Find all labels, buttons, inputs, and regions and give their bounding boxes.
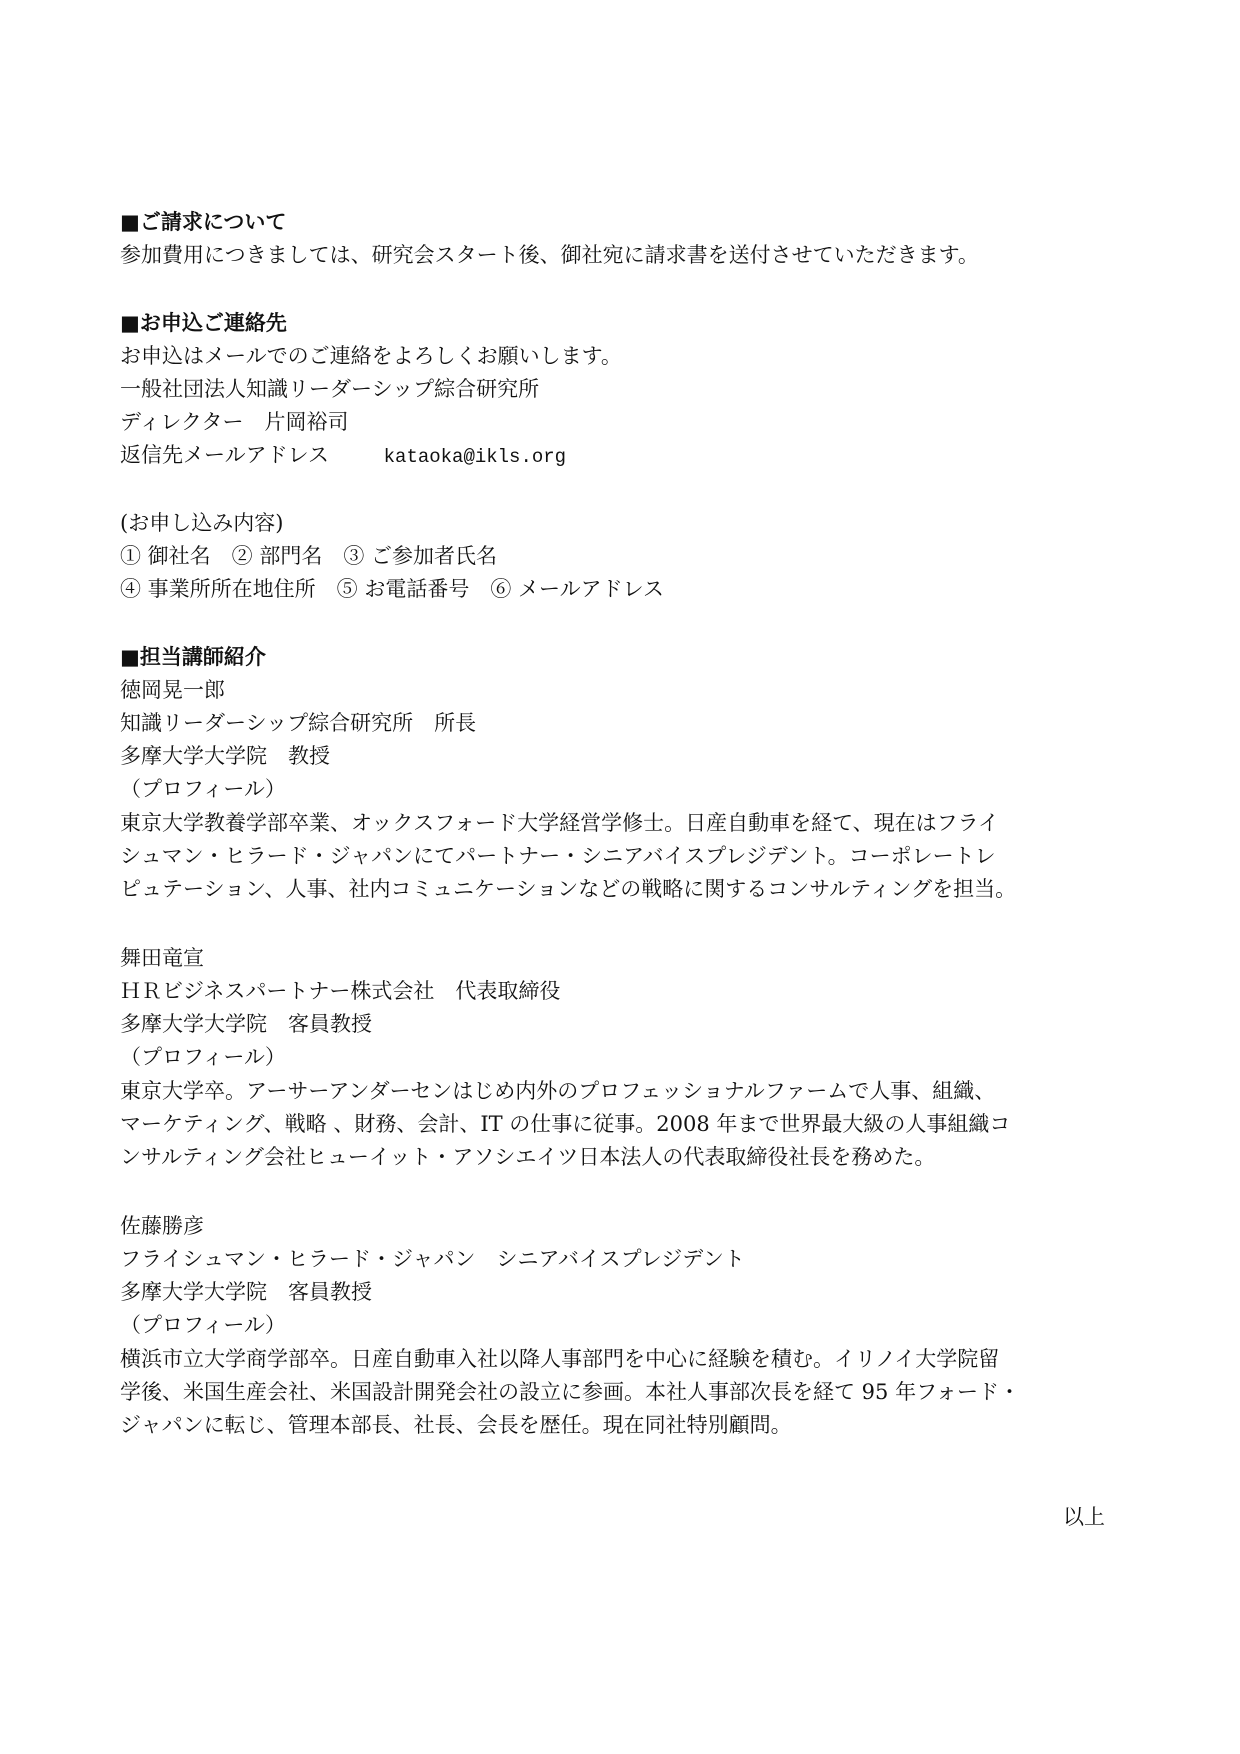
instructors-heading: ■担当講師紹介 [120, 642, 266, 672]
closing-text: 以上 [1063, 1502, 1105, 1532]
instructor-title: 多摩大学大学院 客員教授 [120, 1009, 372, 1039]
profile-line: マーケティング、戦略 、財務、会計、IT の仕事に従事。2008 年まで世界最大… [120, 1108, 1120, 1141]
instructor-title: フライシュマン・ヒラード・ジャパン シニアバイスプレジデント [120, 1244, 745, 1274]
profile-label: （プロフィール） [120, 1042, 286, 1072]
profile-line: ジャパンに転じ、管理本部長、社長、会長を歴任。現在同社特別顧問。 [120, 1409, 1120, 1442]
organization-name: 一般社団法人知識リーダーシップ綜合研究所 [120, 374, 539, 404]
profile-line: 横浜市立大学商学部卒。日産自動車入社以降人事部門を中心に経験を積む。イリノイ大学… [120, 1343, 1120, 1376]
instructor-title: 知識リーダーシップ綜合研究所 所長 [120, 708, 476, 738]
profile-label: （プロフィール） [120, 774, 286, 804]
instructor-name: 舞田竜宣 [120, 943, 204, 973]
instructor-profile: 東京大学教養学部卒業、オックスフォード大学経営学修士。日産自動車を経て、現在はフ… [120, 807, 1120, 906]
instructor-title: 多摩大学大学院 客員教授 [120, 1277, 372, 1307]
application-items-row-2: ④ 事業所所在地住所 ⑤ お電話番号 ⑥ メールアドレス [120, 574, 664, 604]
contact-line: お申込はメールでのご連絡をよろしくお願いします。 [120, 341, 622, 371]
email-row: 返信先メールアドレス kataoka@ikls.org [120, 440, 566, 472]
instructor-profile: 東京大学卒。アーサーアンダーセンはじめ内外のプロフェッショナルファームで人事、組… [120, 1075, 1120, 1174]
instructor-name: 徳岡晃一郎 [120, 675, 225, 705]
profile-line: 東京大学卒。アーサーアンダーセンはじめ内外のプロフェッショナルファームで人事、組… [120, 1075, 1120, 1108]
instructor-title: ＨＲビジネスパートナー株式会社 代表取締役 [120, 976, 560, 1006]
email-link[interactable]: kataoka@ikls.org [384, 446, 566, 468]
instructor-name: 佐藤勝彦 [120, 1211, 204, 1241]
profile-line: ンサルティング会社ヒューイット・アソシエイツ日本法人の代表取締役社長を務めた。 [120, 1141, 1120, 1174]
profile-line: 東京大学教養学部卒業、オックスフォード大学経営学修士。日産自動車を経て、現在はフ… [120, 807, 1120, 840]
billing-text: 参加費用につきましては、研究会スタート後、御社宛に請求書を送付させていただきます… [120, 240, 979, 270]
instructor-profile: 横浜市立大学商学部卒。日産自動車入社以降人事部門を中心に経験を積む。イリノイ大学… [120, 1343, 1120, 1442]
instructor-title: 多摩大学大学院 教授 [120, 741, 330, 771]
profile-line: ピュテーション、人事、社内コミュニケーションなどの戦略に関するコンサルティングを… [120, 873, 1120, 906]
application-items-row-1: ① 御社名 ② 部門名 ③ ご参加者氏名 [120, 541, 497, 571]
email-label: 返信先メールアドレス [120, 443, 329, 467]
contact-heading: ■お申込ご連絡先 [120, 308, 287, 338]
profile-label: （プロフィール） [120, 1310, 286, 1340]
profile-line: シュマン・ヒラード・ジャパンにてパートナー・シニアバイスプレジデント。コーポレー… [120, 840, 1120, 873]
billing-heading: ■ご請求について [120, 207, 286, 237]
profile-line: 学後、米国生産会社、米国設計開発会社の設立に参画。本社人事部次長を経て 95 年… [120, 1376, 1120, 1409]
director-name: ディレクター 片岡裕司 [120, 407, 348, 437]
application-title: (お申し込み内容) [120, 508, 283, 538]
